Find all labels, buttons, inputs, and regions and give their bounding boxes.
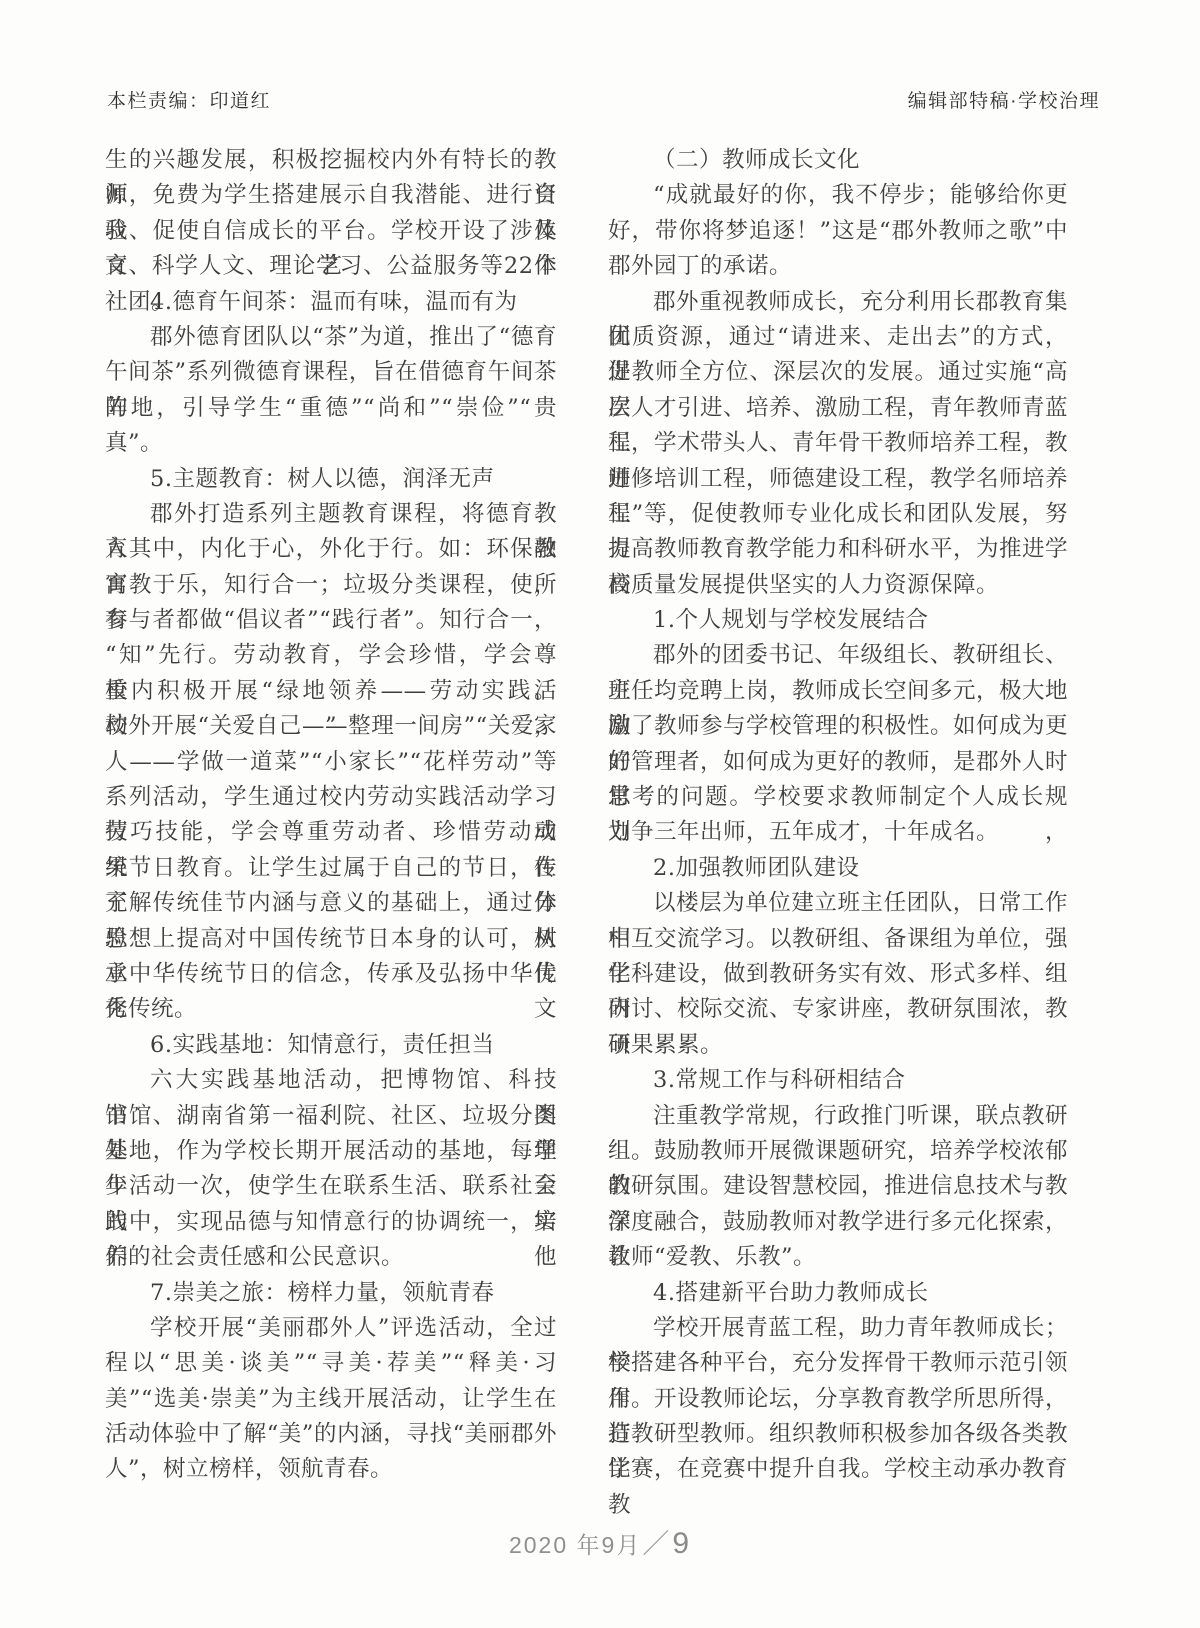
text-line: 程，学术带头人、青年骨干教师培养工程，教师 bbox=[608, 426, 1068, 461]
text-line: 郡外的团委书记、年级组长、教研组长、班 bbox=[608, 638, 1068, 673]
text-line: 学科建设，做到教研务实有效、形式多样、组内 bbox=[608, 957, 1068, 992]
text-line: 深度融合，鼓励教师对教学进行多元化探索，让 bbox=[608, 1205, 1068, 1240]
footer-slash: ／ bbox=[641, 1529, 672, 1559]
text-line: 2.加强教师团队建设 bbox=[608, 851, 1068, 886]
text-line: 验、促使自信成长的平台。学校开设了涉及文艺体 bbox=[105, 214, 557, 249]
issue-date: 2020 年9月 bbox=[509, 1532, 641, 1558]
text-line: 技巧技能，学会尊重劳动者、珍惜劳动成果。传 bbox=[105, 815, 557, 850]
column-editor-label: 本栏责编：印道红 bbox=[107, 86, 271, 113]
text-line: 5.主题教育：树人以德，润泽无声 bbox=[105, 462, 557, 497]
text-line: 优质资源，通过“请进来、走出去”的方式，促 bbox=[608, 320, 1068, 355]
text-line: 人”，树立榜样，领航青春。 bbox=[105, 1452, 557, 1487]
column-right: （二）教师成长文化“成就最好的你，我不停步；能够给你更好，带你将梦追逐！”这是“… bbox=[608, 143, 1068, 1488]
text-line: 统节日教育。让学生过属于自己的节日，在充分 bbox=[105, 851, 557, 886]
text-line: 教师“爱教、乐教”。 bbox=[608, 1240, 1068, 1275]
text-line: 进修培训工程，师德建设工程，教学名师培养工 bbox=[608, 462, 1068, 497]
text-line: 系列活动，学生通过校内劳动实践活动学习劳动 bbox=[105, 780, 557, 815]
text-line: 6.实践基地：知情意行，责任担当 bbox=[105, 1028, 557, 1063]
text-line: 教研氛围。建设智慧校园，推进信息技术与教学 bbox=[608, 1169, 1068, 1204]
text-line: 书馆、湖南省第一福利院、社区、垃圾分类处理 bbox=[105, 1099, 557, 1134]
text-line: 寓教于乐，知行合一；垃圾分类课程，使所有 bbox=[105, 568, 557, 603]
magazine-page: 本栏责编：印道红 编辑部特稿·学校治理 生的兴趣发展，积极挖掘校内外有特长的教师… bbox=[0, 0, 1200, 1628]
text-line: 参与者都做“倡议者”“践行者”。知行合一， bbox=[105, 603, 557, 638]
text-line: （二）教师成长文化 bbox=[608, 143, 1068, 178]
text-line: 午间茶”系列微德育课程，旨在借德育午间茶的 bbox=[105, 355, 557, 390]
text-line: 郡外德育团队以“茶”为道，推出了“德育 bbox=[105, 320, 557, 355]
text-line: 郡外园丁的承诺。 bbox=[608, 249, 1068, 284]
text-line: “成就最好的你，我不停步；能够给你更 bbox=[608, 178, 1068, 213]
text-line: 造教研型教师。组织教师积极参加各级各类教学 bbox=[608, 1417, 1068, 1452]
text-line: 7.崇美之旅：榜样力量，领航青春 bbox=[105, 1276, 557, 1311]
text-line: 力争三年出师，五年成才，十年成名。 bbox=[608, 815, 1068, 850]
text-line: 美”“选美·崇美”为主线开展活动，让学生在 bbox=[105, 1382, 557, 1417]
text-line: 相互交流学习。以教研组、备课组为单位，强化 bbox=[608, 922, 1068, 957]
text-line: “知”先行。劳动教育，学会珍惜，学会尊重。 bbox=[105, 638, 557, 673]
text-line: 4.德育午间茶：温而有味，温而有为 bbox=[105, 285, 557, 320]
text-line: 校外开展“关爱自己——整理一间房”“关爱家 bbox=[105, 709, 557, 744]
text-line: 人——学做一道菜”“小家长”“花样劳动”等 bbox=[105, 745, 557, 780]
text-line: 六大实践基地活动，把博物馆、科技馆、图 bbox=[105, 1063, 557, 1098]
column-left: 生的兴趣发展，积极挖掘校内外有特长的教师资源，免费为学生搭建展示自我潜能、进行自… bbox=[105, 143, 557, 1488]
article-body: 生的兴趣发展，积极挖掘校内外有特长的教师资源，免费为学生搭建展示自我潜能、进行自… bbox=[105, 143, 1068, 1488]
text-line: 郡外重视教师成长，充分利用长郡教育集团 bbox=[608, 285, 1068, 320]
text-line: 提高教师教育教学能力和科研水平，为推进学校 bbox=[608, 532, 1068, 567]
text-line: 的管理者，如何成为更好的教师，是郡外人时常 bbox=[608, 745, 1068, 780]
text-line: 好，带你将梦追逐！”这是“郡外教师之歌”中 bbox=[608, 214, 1068, 249]
text-line: 真”。 bbox=[105, 426, 557, 461]
text-line: 思想上提高对中国传统节日本身的认可，树立传 bbox=[105, 922, 557, 957]
text-line: 用。开设教师论坛，分享教育教学所思所得，打 bbox=[608, 1382, 1068, 1417]
text-line: 3.常规工作与科研相结合 bbox=[608, 1063, 1068, 1098]
text-line: 程以“思美·谈美”“寻美·荐美”“释美·习 bbox=[105, 1346, 557, 1381]
text-line: 阵地，引导学生“重德”“尚和”“崇俭”“贵 bbox=[105, 391, 557, 426]
text-line: 践中，实现品德与知情意行的协调统一，培养他 bbox=[105, 1205, 557, 1240]
text-line: 4.搭建新平台助力教师成长 bbox=[608, 1276, 1068, 1311]
text-line: 思考的问题。学校要求教师制定个人成长规划， bbox=[608, 780, 1068, 815]
page-number: 9 bbox=[672, 1527, 691, 1560]
page-footer: 2020 年9月／9 bbox=[0, 1522, 1200, 1561]
text-line: 学校开展青蓝工程，助力青年教师成长；学 bbox=[608, 1311, 1068, 1346]
section-title: 编辑部特稿·学校治理 bbox=[908, 86, 1100, 113]
text-line: 主任均竞聘上岗，教师成长空间多元，极大地激 bbox=[608, 674, 1068, 709]
text-line: 组。鼓励教师开展微课题研究，培养学校浓郁的 bbox=[608, 1134, 1068, 1169]
text-line: 育、科学人文、理论学习、公益服务等22个社团。 bbox=[105, 249, 557, 284]
text-line: 校搭建各种平台，充分发挥骨干教师示范引领作 bbox=[608, 1346, 1068, 1381]
text-line: 活动体验中了解“美”的内涵，寻找“美丽郡外 bbox=[105, 1417, 557, 1452]
text-line: 校内积极开展“绿地领养——劳动实践活动”， bbox=[105, 674, 557, 709]
text-line: 以楼层为单位建立班主任团队，日常工作中 bbox=[608, 886, 1068, 921]
text-line: 高质量发展提供坚实的人力资源保障。 bbox=[608, 568, 1068, 603]
text-line: 进教师全方位、深层次的发展。通过实施“高层 bbox=[608, 355, 1068, 390]
text-line: 次人才引进、培养、激励工程，青年教师青蓝工 bbox=[608, 391, 1068, 426]
text-line: 程”等，促使教师专业化成长和团队发展，努力 bbox=[608, 497, 1068, 532]
text-line: 生的兴趣发展，积极挖掘校内外有特长的教师资 bbox=[105, 143, 557, 178]
text-line: 源，免费为学生搭建展示自我潜能、进行自我体 bbox=[105, 178, 557, 213]
text-line: 学校开展“美丽郡外人”评选活动，全过 bbox=[105, 1311, 557, 1346]
text-line: 郡外打造系列主题教育课程，将德育教育融 bbox=[105, 497, 557, 532]
text-line: 少活动一次，使学生在联系生活、联系社会的实 bbox=[105, 1169, 557, 1204]
text-line: 励了教师参与学校管理的积极性。如何成为更好 bbox=[608, 709, 1068, 744]
text-line: 硕果累累。 bbox=[608, 1028, 1068, 1063]
text-line: 了解传统佳节内涵与意义的基础上，通过体验从 bbox=[105, 886, 557, 921]
text-line: 1.个人规划与学校发展结合 bbox=[608, 603, 1068, 638]
page-header: 本栏责编：印道红 编辑部特稿·学校治理 bbox=[107, 86, 1100, 113]
text-line: 比赛，在竞赛中提升自我。学校主动承办教育教 bbox=[608, 1452, 1068, 1487]
text-line: 入其中，内化于心，外化于行。如：环保教育， bbox=[105, 532, 557, 567]
text-line: 承中华传统节日的信念，传承及弘扬中华优秀文 bbox=[105, 957, 557, 992]
text-line: 基地，作为学校长期开展活动的基地，每学年至 bbox=[105, 1134, 557, 1169]
text-line: 研讨、校际交流、专家讲座，教研氛围浓，教研 bbox=[608, 992, 1068, 1027]
text-line: 注重教学常规，行政推门听课，联点教研 bbox=[608, 1099, 1068, 1134]
